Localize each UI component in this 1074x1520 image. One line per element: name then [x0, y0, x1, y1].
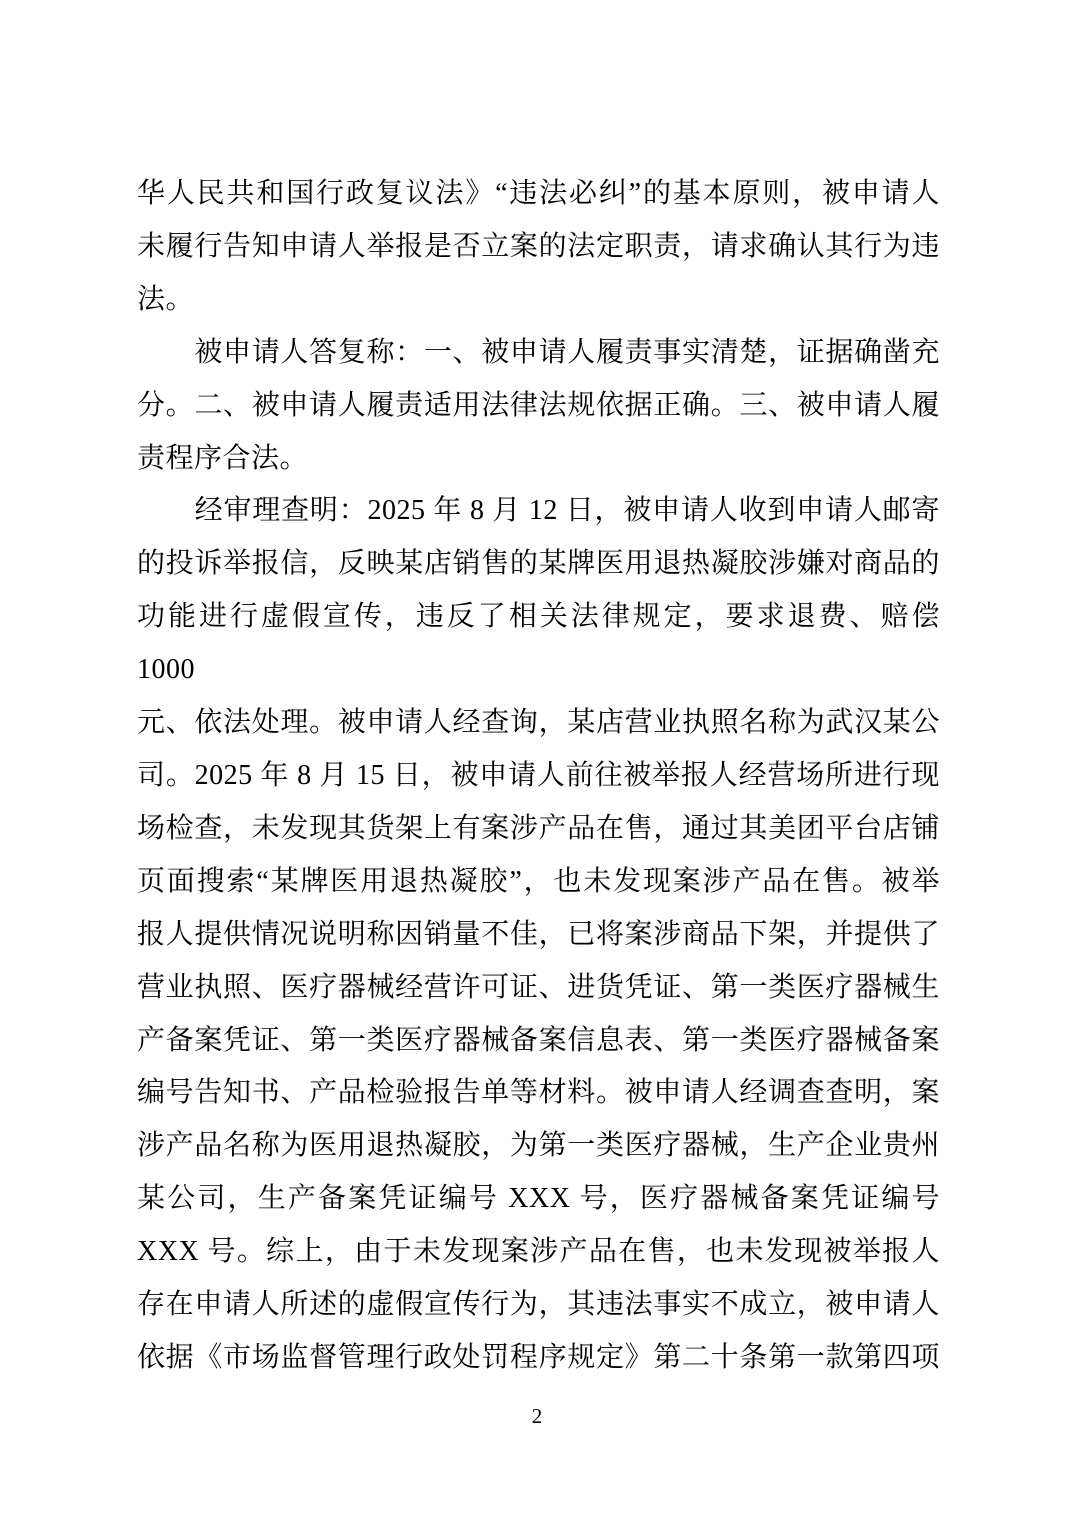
- text-line: 分。二、被申请人履责适用法律法规依据正确。三、被申请人履: [137, 380, 940, 433]
- text-line: 司。2025 年 8 月 15 日，被申请人前往被举报人经营场所进行现: [137, 750, 940, 803]
- text-line: 未履行告知申请人举报是否立案的法定职责，请求确认其行为违: [137, 221, 940, 274]
- text-line: 被申请人答复称：一、被申请人履责事实清楚，证据确凿充: [137, 327, 940, 380]
- text-line: 依据《市场监督管理行政处罚程序规定》第二十条第一款第四项: [137, 1332, 940, 1385]
- page-footer: 2: [0, 1402, 1074, 1430]
- text-line: 存在申请人所述的虚假宣传行为，其违法事实不成立，被申请人: [137, 1279, 940, 1332]
- text-line: 经审理查明：2025 年 8 月 12 日，被申请人收到申请人邮寄: [137, 485, 940, 538]
- text-line: 华人民共和国行政复议法》“违法必纠”的基本原则，被申请人: [137, 168, 940, 221]
- text-line: 某公司，生产备案凭证编号 XXX 号，医疗器械备案凭证编号: [137, 1173, 940, 1226]
- text-line: 场检查，未发现其货架上有案涉产品在售，通过其美团平台店铺: [137, 803, 940, 856]
- text-line: 责程序合法。: [137, 433, 940, 486]
- text-line: 法。: [137, 274, 940, 327]
- text-line: 报人提供情况说明称因销量不佳，已将案涉商品下架，并提供了: [137, 909, 940, 962]
- page-number: 2: [532, 1404, 543, 1428]
- text-line: 元、依法处理。被申请人经查询，某店营业执照名称为武汉某公: [137, 697, 940, 750]
- text-line: 编号告知书、产品检验报告单等材料。被申请人经调查查明，案: [137, 1067, 940, 1120]
- text-line: 营业执照、医疗器械经营许可证、进货凭证、第一类医疗器械生: [137, 962, 940, 1015]
- text-line: XXX 号。综上，由于未发现案涉产品在售，也未发现被举报人: [137, 1226, 940, 1279]
- text-line: 功能进行虚假宣传，违反了相关法律规定，要求退费、赔偿 1000: [137, 591, 940, 697]
- text-line: 页面搜索“某牌医用退热凝胶”，也未发现案涉产品在售。被举: [137, 856, 940, 909]
- document-page: 华人民共和国行政复议法》“违法必纠”的基本原则，被申请人未履行告知申请人举报是否…: [0, 0, 1074, 1520]
- text-line: 涉产品名称为医用退热凝胶，为第一类医疗器械，生产企业贵州: [137, 1120, 940, 1173]
- text-line: 产备案凭证、第一类医疗器械备案信息表、第一类医疗器械备案: [137, 1015, 940, 1068]
- text-line: 的投诉举报信，反映某店销售的某牌医用退热凝胶涉嫌对商品的: [137, 538, 940, 591]
- document-body: 华人民共和国行政复议法》“违法必纠”的基本原则，被申请人未履行告知申请人举报是否…: [137, 168, 940, 1385]
